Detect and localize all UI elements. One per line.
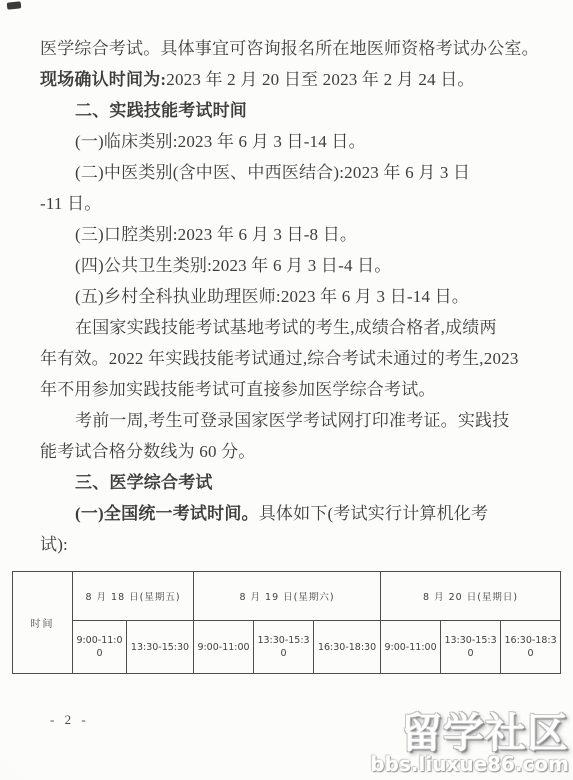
table-cell-date-aug18: 8 月 18 日(星期五): [73, 572, 194, 621]
line-text: (一)临床类别:2023 年 6 月 3 日-14 日。: [75, 132, 366, 151]
exam-schedule-table: 时间 8 月 18 日(星期五) 8 月 19 日(星期六) 8 月 20 日(…: [12, 571, 561, 674]
line-text: 在国家实践技能考试基地考试的考生,成绩合格者,成绩两: [75, 318, 497, 337]
line-text: (五)乡村全科执业助理医师:2023 年 6 月 3 日-14 日。: [75, 287, 469, 306]
line-text: 年不用参加实践技能考试可直接参加医学综合考试。: [40, 380, 436, 399]
line-text: (二)中医类别(含中医、中西医结合):2023 年 6 月 3 日: [75, 163, 470, 182]
table-cell-timeslot: 13:30-15:30: [127, 621, 194, 674]
body-line: 能考试合格分数线为 60 分。: [40, 436, 538, 467]
line-text: 年有效。2022 年实践技能考试通过,综合考试未通过的考生,2023: [40, 349, 519, 368]
document-body: 医学综合考试。具体事宜可咨询报名所在地医师资格考试办公室。 现场确认时间为:20…: [40, 33, 538, 560]
document-page: 医学综合考试。具体事宜可咨询报名所在地医师资格考试办公室。 现场确认时间为:20…: [0, 0, 573, 780]
line-text: 具体如下(考试实行计算机化考: [259, 504, 488, 523]
table-cell-timeslot: 16:30-18:30: [501, 621, 561, 674]
line-text: (四)公共卫生类别:2023 年 6 月 3 日-4 日。: [75, 256, 392, 275]
confirm-time-line: 现场确认时间为:2023 年 2 月 20 日至 2023 年 2 月 24 日…: [40, 64, 538, 95]
body-line: 在国家实践技能考试基地考试的考生,成绩合格者,成绩两: [40, 312, 538, 343]
table-cell-timeslot: 9:00-11:00: [194, 621, 254, 674]
line-text: -11 日。: [40, 194, 101, 213]
watermark-site-url: bbs.liuxue86.com: [370, 752, 569, 776]
table-cell-timeslot: 9:00-11:00: [73, 621, 127, 674]
line-text-bold: (一)全国统一考试时间。: [75, 504, 259, 523]
table-cell-date-aug20: 8 月 20 日(星期日): [381, 572, 561, 621]
list-item-stomatology: (三)口腔类别:2023 年 6 月 3 日-8 日。: [40, 219, 538, 250]
line-text-bold: 二、实践技能考试时间: [75, 101, 247, 120]
watermark: 留学社区 bbs.liuxue86.com: [370, 710, 569, 776]
table-cell-timeslot: 13:30-15:30: [254, 621, 314, 674]
body-line: 医学综合考试。具体事宜可咨询报名所在地医师资格考试办公室。: [40, 33, 538, 64]
table-cell-timeslot: 13:30-15:30: [441, 621, 501, 674]
line-text: 能考试合格分数线为 60 分。: [40, 442, 256, 461]
list-item-clinical: (一)临床类别:2023 年 6 月 3 日-14 日。: [40, 126, 538, 157]
body-line: 年有效。2022 年实践技能考试通过,综合考试未通过的考生,2023: [40, 343, 538, 374]
table-cell-date-aug19: 8 月 19 日(星期六): [194, 572, 381, 621]
list-item-tcm-continuation: -11 日。: [40, 188, 538, 219]
list-item-rural-assistant: (五)乡村全科执业助理医师:2023 年 6 月 3 日-14 日。: [40, 281, 538, 312]
section-heading-comprehensive-exam: 三、医学综合考试: [40, 467, 538, 498]
body-line: 年不用参加实践技能考试可直接参加医学综合考试。: [40, 374, 538, 405]
line-text: 2023 年 2 月 20 日至 2023 年 2 月 24 日。: [166, 70, 474, 89]
table-cell-time-label: 时间: [13, 572, 73, 674]
watermark-title: 留学社区: [370, 710, 569, 756]
table-cell-timeslot: 16:30-18:30: [314, 621, 381, 674]
page-number: - 2 -: [50, 712, 87, 728]
list-item-tcm: (二)中医类别(含中医、中西医结合):2023 年 6 月 3 日: [40, 157, 538, 188]
line-text: (三)口腔类别:2023 年 6 月 3 日-8 日。: [75, 225, 357, 244]
body-line: 试):: [40, 529, 538, 560]
line-text-bold: 三、医学综合考试: [75, 473, 213, 492]
line-text-bold: 现场确认时间为:: [40, 70, 166, 89]
section-heading-practical-exam: 二、实践技能考试时间: [40, 95, 538, 126]
exam-schedule-table-wrap: 时间 8 月 18 日(星期五) 8 月 19 日(星期六) 8 月 20 日(…: [12, 571, 561, 674]
line-text: 医学综合考试。具体事宜可咨询报名所在地医师资格考试办公室。: [40, 39, 539, 58]
line-text: 试):: [40, 535, 68, 554]
body-line: 考前一周,考生可登录国家医学考试网打印准考证。实践技: [40, 405, 538, 436]
line-text: 考前一周,考生可登录国家医学考试网打印准考证。实践技: [75, 411, 509, 430]
table-cell-timeslot: 9:00-11:00: [381, 621, 441, 674]
subsection-national-exam-time: (一)全国统一考试时间。具体如下(考试实行计算机化考: [40, 498, 538, 529]
list-item-public-health: (四)公共卫生类别:2023 年 6 月 3 日-4 日。: [40, 250, 538, 281]
scan-artifact-mark: [7, 1, 22, 9]
